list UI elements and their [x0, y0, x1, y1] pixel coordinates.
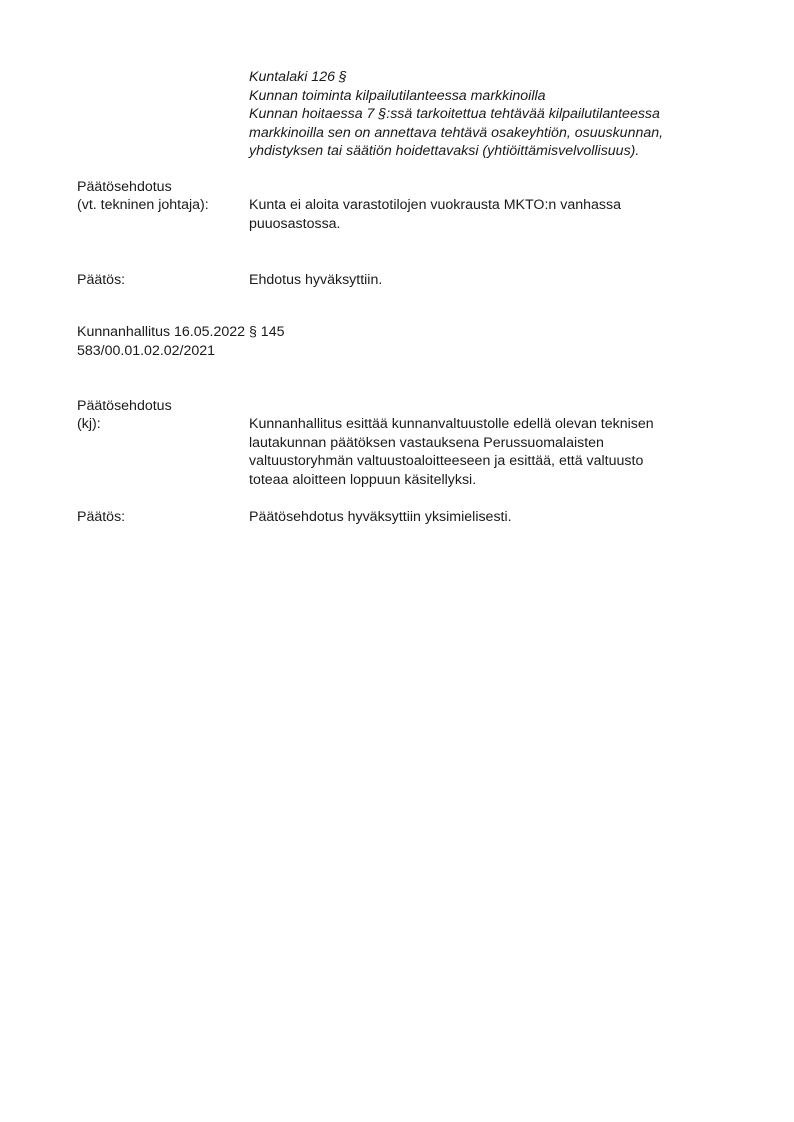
law-text-line: markkinoilla sen on annettava tehtävä os…: [249, 124, 663, 143]
decision-1-label: Päätös:: [77, 271, 125, 290]
proposal-1-text-line: Kunta ei aloita varastotilojen vuokraust…: [249, 196, 621, 215]
proposal-1-proposer: (vt. tekninen johtaja):: [77, 196, 209, 215]
meeting-reference: Kunnanhallitus 16.05.2022 § 145: [77, 323, 284, 342]
proposal-2-text-line: valtuustoryhmän valtuustoaloitteeseen ja…: [249, 452, 654, 471]
proposal-2-text-line: Kunnanhallitus esittää kunnanvaltuustoll…: [249, 415, 654, 434]
proposal-2-label: Päätösehdotus: [77, 397, 172, 416]
proposal-2-text-line: toteaa aloitteen loppuun käsitellyksi.: [249, 471, 654, 490]
law-title: Kuntalaki 126 §: [249, 68, 663, 87]
proposal-2-proposer: (kj):: [77, 415, 101, 434]
record-number: 583/00.01.02.02/2021: [77, 342, 215, 361]
proposal-1-label: Päätösehdotus: [77, 178, 172, 197]
decision-2-label: Päätös:: [77, 508, 125, 527]
law-text-line: Kunnan hoitaessa 7 §:ssä tarkoitettua te…: [249, 105, 663, 124]
proposal-1-text-line: puuosastossa.: [249, 215, 621, 234]
decision-1-text: Ehdotus hyväksyttiin.: [249, 271, 382, 290]
proposal-1-text: Kunta ei aloita varastotilojen vuokraust…: [249, 196, 621, 233]
law-section-heading: Kunnan toiminta kilpailutilanteessa mark…: [249, 87, 663, 106]
law-excerpt: Kuntalaki 126 § Kunnan toiminta kilpailu…: [249, 68, 663, 161]
proposal-2-text: Kunnanhallitus esittää kunnanvaltuustoll…: [249, 415, 654, 489]
document-page: Kuntalaki 126 § Kunnan toiminta kilpailu…: [0, 0, 794, 1122]
proposal-2-text-line: lautakunnan päätöksen vastauksena Peruss…: [249, 434, 654, 453]
decision-2-text: Päätösehdotus hyväksyttiin yksimielisest…: [249, 508, 512, 527]
law-text-line: yhdistyksen tai säätiön hoidettavaksi (y…: [249, 142, 663, 161]
